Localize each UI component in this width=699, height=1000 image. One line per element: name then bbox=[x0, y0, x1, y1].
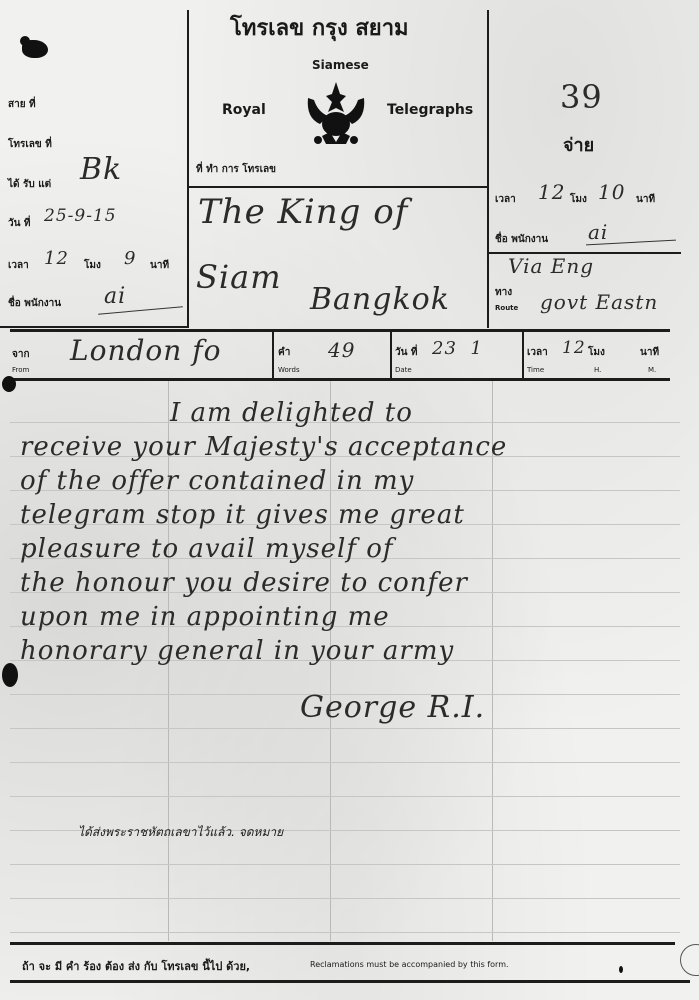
form-number: 39 bbox=[560, 78, 603, 116]
received-from-label: ได้ รับ แต่ bbox=[8, 177, 51, 192]
telegraphs-label: Telegraphs bbox=[387, 102, 473, 118]
address-line-3: Bangkok bbox=[310, 282, 450, 317]
message-line-8: honorary general in your army bbox=[20, 636, 454, 666]
right-clerk-value: ai bbox=[588, 220, 608, 244]
ruled-line bbox=[10, 898, 680, 899]
hour-label-english: H. bbox=[594, 366, 601, 374]
time-value: 12 bbox=[562, 338, 586, 358]
punch-hole bbox=[2, 376, 16, 392]
ruled-line bbox=[10, 796, 680, 797]
route-value-line-1: Via Eng bbox=[508, 254, 594, 278]
message-line-7: upon me in appointing me bbox=[20, 602, 390, 632]
right-hour-label: โมง bbox=[570, 192, 587, 207]
date-label: วัน ที่ bbox=[8, 216, 31, 231]
form-title-thai: โทรเลข กรุง สยาม bbox=[230, 10, 409, 45]
divider bbox=[187, 10, 189, 328]
divider bbox=[390, 331, 392, 379]
route-label-english: Route bbox=[495, 304, 518, 312]
right-time-label: เวลา bbox=[495, 192, 516, 207]
footer-thai-notice: ถ้า จะ มี คำ ร้อง ต้อง ส่ง กับ โทรเลข นี… bbox=[22, 957, 250, 975]
right-minute-label: นาที bbox=[636, 192, 655, 207]
paid-label: จ่าย bbox=[563, 130, 594, 159]
hour-label-thai: โมง bbox=[588, 345, 605, 360]
ruled-line bbox=[10, 864, 680, 865]
message-line-2: receive your Majesty's acceptance bbox=[20, 432, 507, 462]
line-no-label: สาย ที่ bbox=[8, 97, 36, 112]
garuda-emblem-icon bbox=[300, 78, 372, 150]
clerk-label: ชื่อ พนักงาน bbox=[8, 296, 61, 311]
siamese-label: Siamese bbox=[312, 58, 369, 72]
time-minute-value: 9 bbox=[124, 248, 136, 269]
minute-label: นาที bbox=[150, 258, 169, 273]
ink-mark bbox=[619, 966, 623, 973]
telegram-form: โทรเลข กรุง สยาม Siamese Royal Telegraph… bbox=[0, 0, 699, 1000]
time-label-thai: เวลา bbox=[527, 345, 548, 360]
grid-line bbox=[492, 381, 493, 941]
date-value: 25-9-15 bbox=[44, 206, 117, 226]
ink-blot bbox=[20, 36, 30, 46]
divider bbox=[522, 331, 524, 379]
clerk-value: ai bbox=[104, 284, 126, 309]
ruled-line bbox=[10, 762, 680, 763]
route-value-line-2: govt Eastn bbox=[540, 290, 658, 314]
time-label: เวลา bbox=[8, 258, 29, 273]
divider bbox=[0, 326, 189, 328]
received-from-value: Bk bbox=[80, 152, 122, 187]
words-value: 49 bbox=[328, 338, 355, 362]
date-value: 23 1 bbox=[432, 338, 483, 359]
hour-label: โมง bbox=[84, 258, 101, 273]
royal-label: Royal bbox=[222, 102, 266, 118]
date-label-english: Date bbox=[395, 366, 412, 374]
ruled-line bbox=[10, 728, 680, 729]
message-line-6: the honour you desire to confer bbox=[20, 568, 468, 598]
footer-bottom-border bbox=[10, 980, 690, 983]
right-time-hour-value: 12 bbox=[538, 180, 565, 204]
office-label: ที่ ทำ การ โทรเลข bbox=[196, 162, 276, 177]
minute-label-english: M. bbox=[648, 366, 656, 374]
punch-hole bbox=[2, 663, 18, 687]
words-label-thai: คำ bbox=[278, 345, 290, 360]
divider bbox=[272, 331, 274, 379]
info-row-bottom-border bbox=[10, 378, 670, 381]
from-label-thai: จาก bbox=[12, 347, 30, 362]
route-label-thai: ทาง bbox=[495, 285, 512, 300]
time-label-english: Time bbox=[527, 366, 544, 374]
message-line-5: pleasure to avail myself of bbox=[20, 534, 394, 564]
address-line-1: The King of bbox=[198, 192, 408, 232]
time-hour-value: 12 bbox=[44, 248, 69, 269]
footer-english-notice: Reclamations must be accompanied by this… bbox=[310, 960, 509, 969]
divider bbox=[487, 10, 489, 328]
signature: George R.I. bbox=[300, 690, 485, 725]
stamp-edge bbox=[680, 944, 699, 976]
message-line-3: of the offer contained in my bbox=[20, 466, 414, 496]
footer-top-border bbox=[10, 942, 675, 945]
words-label-english: Words bbox=[278, 366, 300, 374]
telegram-no-label: โทรเลข ที่ bbox=[8, 137, 52, 152]
address-line-2: Siam bbox=[196, 258, 282, 296]
handwritten-note: ได้ส่งพระราชหัตถเลขาไว้แล้ว. จดหมาย bbox=[78, 823, 283, 842]
message-line-1: I am delighted to bbox=[170, 398, 413, 428]
from-value: London fo bbox=[70, 334, 221, 367]
right-time-minute-value: 10 bbox=[598, 180, 625, 204]
right-clerk-label: ชื่อ พนักงาน bbox=[495, 232, 548, 247]
message-line-4: telegram stop it gives me great bbox=[20, 500, 465, 530]
info-row-top-border bbox=[10, 329, 670, 332]
date-label-thai: วัน ที่ bbox=[395, 345, 418, 360]
divider bbox=[189, 186, 487, 188]
from-label-english: From bbox=[12, 366, 29, 374]
ruled-line bbox=[10, 932, 680, 933]
minute-label-thai: นาที bbox=[640, 345, 659, 360]
